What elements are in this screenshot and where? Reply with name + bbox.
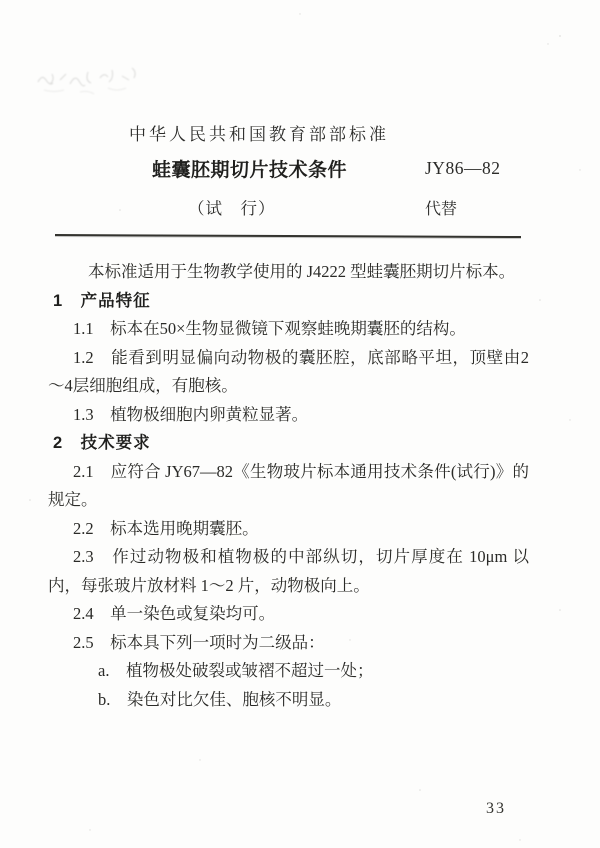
section-2-heading: 2 技术要求 <box>48 429 529 458</box>
page-number: 33 <box>486 800 506 818</box>
clause-2-2: 2.2 标本选用晚期囊胚。 <box>48 515 529 544</box>
subclause-a: a. 植物极处破裂或皱褶不超过一处； <box>48 657 529 686</box>
document-body: 本标准适用于生物教学使用的 J4222 型蛙囊胚期切片标本。 1 产品特征 1.… <box>48 258 529 714</box>
clause-1-3: 1.3 植物极细胞内卵黄粒显著。 <box>48 401 529 430</box>
handwriting-smudge <box>38 68 135 94</box>
trial-status-note: （试 行） <box>188 195 276 219</box>
standard-number: JY86—82 <box>425 158 500 179</box>
clause-2-4: 2.4 单一染色或复染均可。 <box>48 600 529 629</box>
document-title: 蛙囊胚期切片技术条件 <box>152 155 347 182</box>
subclause-b: b. 染色对比欠佳、胞核不明显。 <box>48 686 529 715</box>
clause-2-1: 2.1 应符合 JY67—82《生物玻片标本通用技术条件(试行)》的规定。 <box>48 458 529 515</box>
clause-2-5: 2.5 标本具下列一项时为二级品： <box>48 629 529 658</box>
header-divider-rule <box>55 234 521 238</box>
section-1-heading: 1 产品特征 <box>48 287 529 316</box>
clause-2-3: 2.3 作过动物极和植物极的中部纵切，切片厚度在 10μm 以内，每张玻片放材料… <box>48 543 529 600</box>
clause-1-2: 1.2 能看到明显偏向动物极的囊胚腔，底部略平坦，顶壁由2～4层细胞组成，有胞核… <box>48 344 529 401</box>
clause-1-1: 1.1 标本在50×生物显微镜下观察蛙晚期囊胚的结构。 <box>48 315 529 344</box>
scope-paragraph: 本标准适用于生物教学使用的 J4222 型蛙囊胚期切片标本。 <box>48 258 529 287</box>
standard-authority-line: 中华人民共和国教育部部标准 <box>129 120 389 145</box>
scanned-document-page: 中华人民共和国教育部部标准 蛙囊胚期切片技术条件 JY86—82 （试 行） 代… <box>0 0 600 848</box>
replaces-label: 代替 <box>425 196 457 219</box>
